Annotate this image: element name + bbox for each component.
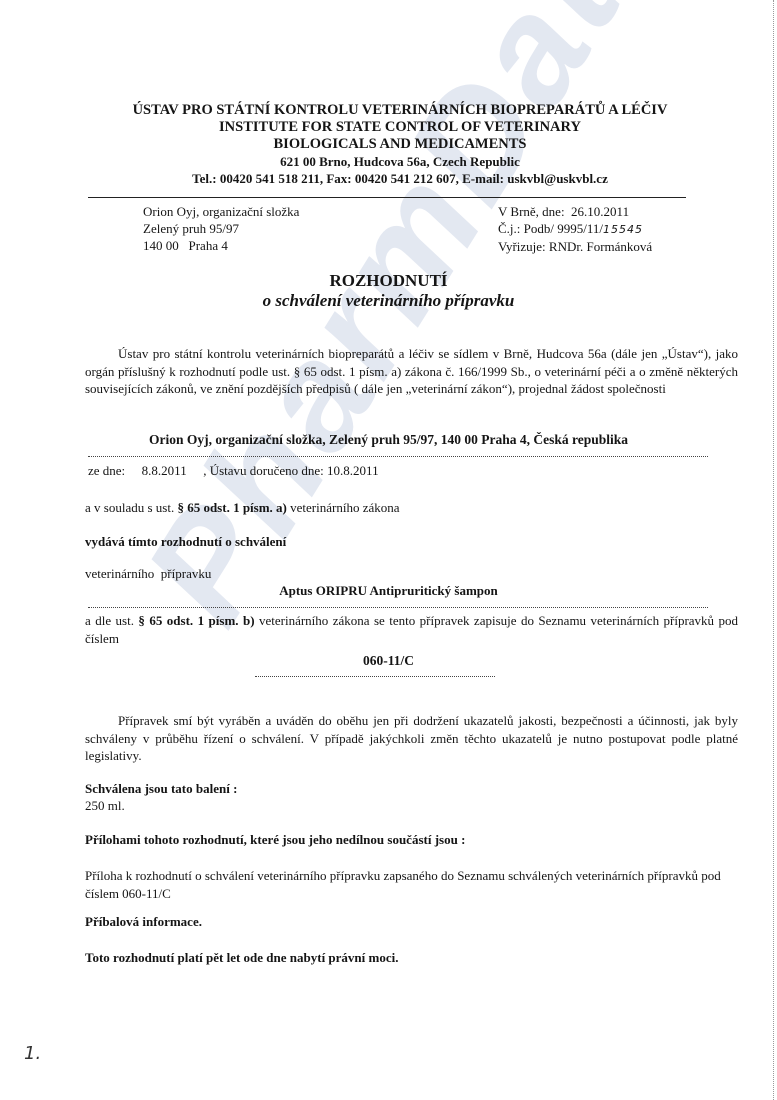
applicant-line: Orion Oyj, organizační složka, Zelený pr… bbox=[0, 432, 777, 448]
institute-name-en-2: BIOLOGICALS AND MEDICAMENTS bbox=[100, 136, 700, 153]
register-number: 060-11/C bbox=[0, 653, 777, 669]
product-name: Aptus ORIPRU Antipruritický šampon bbox=[0, 583, 777, 599]
issues-line: vydává tímto rozhodnutí o schválení bbox=[85, 534, 286, 550]
attachment-1: Příloha k rozhodnutí o schválení veterin… bbox=[85, 867, 735, 902]
recipient-line-1: Orion Oyj, organizační složka bbox=[143, 203, 299, 220]
request-date-label: ze dne: bbox=[88, 463, 125, 478]
handler-line: Vyřizuje: RNDr. Formánková bbox=[498, 238, 652, 255]
accordance-pre: a v souladu s ust. bbox=[85, 500, 177, 515]
product-dotted-line bbox=[88, 607, 708, 608]
received-label: , Ústavu doručeno dne: bbox=[203, 463, 324, 478]
request-date: 8.8.2011 bbox=[142, 463, 187, 478]
institute-contact: Tel.: 00420 541 518 211, Fax: 00420 541 … bbox=[100, 170, 700, 187]
case-number-handwritten: 15545 bbox=[603, 223, 643, 236]
case-number: Č.j.: Podb/ 9995/11/15545 bbox=[498, 220, 652, 238]
product-label: veterinárního přípravku bbox=[85, 566, 211, 582]
scan-edge-line bbox=[773, 0, 774, 1100]
attachments-heading: Přílohami tohoto rozhodnutí, které jsou … bbox=[85, 832, 465, 848]
recipient-line-3: 140 00 Praha 4 bbox=[143, 237, 299, 254]
conditions-paragraph: Přípravek smí být vyráběn a uváděn do ob… bbox=[85, 712, 738, 765]
register-law-ref: § 65 odst. 1 písm. b) bbox=[138, 613, 254, 628]
recipient-address: Orion Oyj, organizační složka Zelený pru… bbox=[143, 203, 299, 254]
accordance-line: a v souladu s ust. § 65 odst. 1 písm. a)… bbox=[85, 500, 400, 516]
title-main: ROZHODNUTÍ bbox=[0, 271, 777, 291]
received-date: 10.8.2011 bbox=[327, 463, 379, 478]
applicant-dotted-line bbox=[88, 456, 708, 457]
recipient-line-2: Zelený pruh 95/97 bbox=[143, 220, 299, 237]
case-number-prefix: Č.j.: Podb/ 9995/11/ bbox=[498, 221, 603, 236]
packages-heading: Schválena jsou tato balení : bbox=[85, 781, 237, 797]
accordance-law-ref: § 65 odst. 1 písm. a) bbox=[177, 500, 286, 515]
institute-name-cz: ÚSTAV PRO STÁTNÍ KONTROLU VETERINÁRNÍCH … bbox=[100, 102, 700, 119]
title-subtitle: o schválení veterinárního přípravku bbox=[0, 291, 777, 311]
watermark-text: PharmData bbox=[110, 0, 705, 652]
intro-paragraph: Ústav pro státní kontrolu veterinárních … bbox=[85, 345, 738, 398]
packages-value: 250 ml. bbox=[85, 798, 125, 814]
accordance-post: veterinárního zákona bbox=[287, 500, 400, 515]
register-paragraph: a dle ust. § 65 odst. 1 písm. b) veterin… bbox=[85, 612, 738, 647]
header-divider bbox=[88, 197, 686, 198]
validity-statement: Toto rozhodnutí platí pět let ode dne na… bbox=[85, 950, 398, 966]
institute-address: 621 00 Brno, Hudcova 56a, Czech Republic bbox=[100, 153, 700, 170]
institute-name-en-1: INSTITUTE FOR STATE CONTROL OF VETERINAR… bbox=[100, 119, 700, 136]
register-dotted-line bbox=[255, 676, 495, 677]
letterhead: ÚSTAV PRO STÁTNÍ KONTROLU VETERINÁRNÍCH … bbox=[100, 102, 700, 187]
register-pre: a dle ust. bbox=[85, 613, 138, 628]
reference-block: V Brně, dne: 26.10.2011 Č.j.: Podb/ 9995… bbox=[498, 203, 652, 255]
document-title: ROZHODNUTÍ o schválení veterinárního pří… bbox=[0, 271, 777, 311]
date-line: V Brně, dne: 26.10.2011 bbox=[498, 203, 652, 220]
attachment-2: Příbalová informace. bbox=[85, 914, 202, 930]
request-dates: ze dne: 8.8.2011 , Ústavu doručeno dne: … bbox=[88, 463, 379, 479]
page-number: 1. bbox=[24, 1043, 41, 1064]
